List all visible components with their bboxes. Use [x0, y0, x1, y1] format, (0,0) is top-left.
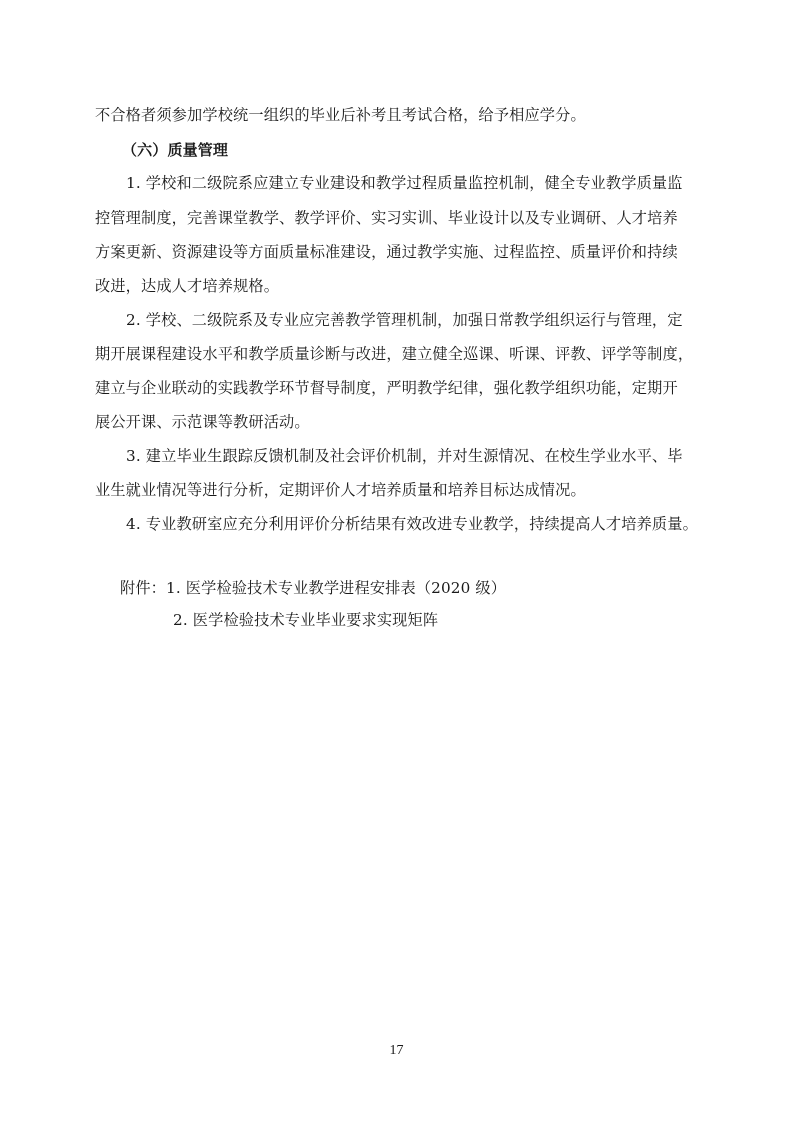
paragraph-line: 4. 专业教研室应充分利用评价分析结果有效改进专业教学，持续提高人才培养质量。	[126, 514, 736, 534]
paragraph-line: 建立与企业联动的实践教学环节督导制度，严明教学纪律，强化教学组织功能，定期开	[95, 378, 705, 398]
attachment-item-1: 附件：1. 医学检验技术专业教学进程安排表（2020 级）	[120, 578, 730, 598]
document-page: 不合格者须参加学校统一组织的毕业后补考且考试合格，给予相应学分。 （六）质量管理…	[0, 0, 793, 1122]
paragraph-line: 2. 学校、二级院系及专业应完善教学管理机制，加强日常教学组织运行与管理，定	[126, 310, 736, 330]
paragraph-line: 3. 建立毕业生跟踪反馈机制及社会评价机制，并对生源情况、在校生学业水平、毕	[126, 446, 736, 466]
paragraph-line: 控管理制度，完善课堂教学、教学评价、实习实训、毕业设计以及专业调研、人才培养	[95, 208, 705, 228]
paragraph-line: 业生就业情况等进行分析，定期评价人才培养质量和培养目标达成情况。	[95, 480, 705, 500]
page-number: 17	[0, 1043, 793, 1059]
attachment-item-2: 2. 医学检验技术专业毕业要求实现矩阵	[173, 610, 783, 630]
section-heading: （六）质量管理	[122, 140, 732, 160]
intro-line: 不合格者须参加学校统一组织的毕业后补考且考试合格，给予相应学分。	[95, 105, 705, 125]
paragraph-line: 改进，达成人才培养规格。	[95, 276, 705, 296]
paragraph-line: 展公开课、示范课等教研活动。	[95, 412, 705, 432]
paragraph-line: 期开展课程建设水平和教学质量诊断与改进，建立健全巡课、听课、评教、评学等制度，	[95, 344, 705, 364]
paragraph-line: 1. 学校和二级院系应建立专业建设和教学过程质量监控机制，健全专业教学质量监	[126, 173, 736, 193]
paragraph-line: 方案更新、资源建设等方面质量标准建设，通过教学实施、过程监控、质量评价和持续	[95, 242, 705, 262]
